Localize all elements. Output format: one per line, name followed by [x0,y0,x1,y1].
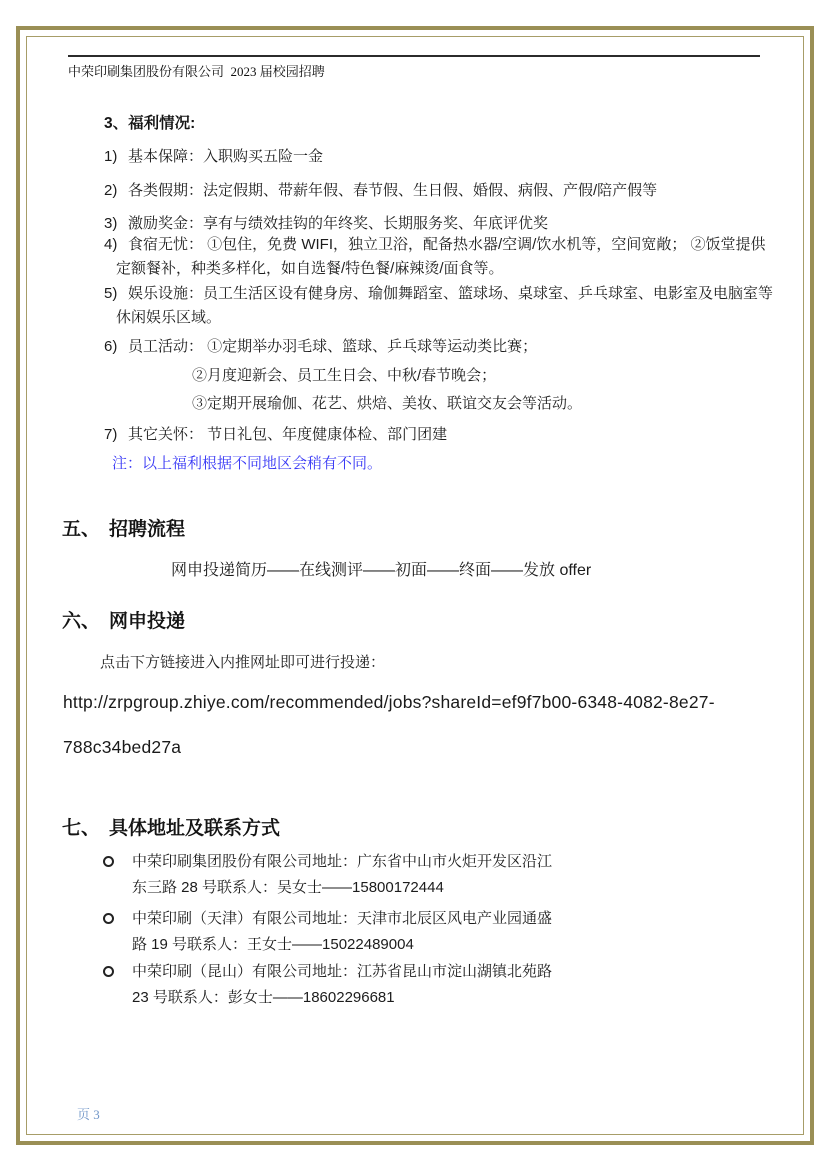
benefit-number: 1) [104,145,128,169]
circle-bullet-icon [103,913,114,924]
location-line: 中荣印刷（昆山）有限公司地址：江苏省昆山市淀山湖镇北苑路 [132,959,632,985]
benefits-note: 注：以上福利根据不同地区会稍有不同。 [112,452,382,473]
location-item: 中荣印刷集团股份有限公司地址：广东省中山市火炬开发区沿江 东三路 28 号联系人… [132,849,632,901]
benefit-text: 各类假期：法定假期、带薪年假、春节假、生日假、婚假、病假、产假/陪产假等 [128,182,657,199]
section-heading-recruit-process: 五、招聘流程 [62,514,185,541]
apply-url-line1[interactable]: http://zrpgroup.zhiye.com/recommended/jo… [63,692,715,713]
benefit-text: 食宿无忧： ①包住，免费 WIFI，独立卫浴，配备热水器/空调/饮水机等，空间宽… [116,236,766,277]
location-item: 中荣印刷（昆山）有限公司地址：江苏省昆山市淀山湖镇北苑路 23 号联系人：彭女士… [132,959,632,1011]
benefit-text: 基本保障：入职购买五险一金 [128,148,323,165]
running-header: 中荣印刷集团股份有限公司 2023 届校园招聘 [68,61,325,80]
benefit-text: 员工活动： ①定期举办羽毛球、篮球、乒乓球等运动类比赛； [128,338,537,355]
location-line: 路 19 号联系人：王女士——15022489004 [132,932,632,958]
benefit-subitem: ③定期开展瑜伽、花艺、烘焙、美妆、联谊交友会等活动。 [192,392,582,416]
location-item: 中荣印刷（天津）有限公司地址：天津市北辰区风电产业园通盛 路 19 号联系人：王… [132,906,632,958]
recruit-process-flow: 网申投递简历——在线测评——初面——终面——发放 offer [171,557,591,580]
apply-intro-text: 点击下方链接进入内推网址即可进行投递： [100,651,385,672]
benefit-number: 5) [104,282,128,306]
circle-bullet-icon [103,856,114,867]
benefits-heading: 3、福利情况: [104,111,195,133]
benefit-text: 娱乐设施：员工生活区设有健身房、瑜伽舞蹈室、篮球场、桌球室、乒乓球室、电影室及电… [116,285,773,326]
apply-url-line2[interactable]: 788c34bed27a [63,737,181,758]
benefit-item: 7)其它关怀： 节日礼包、年度健康体检、部门团建 [104,423,774,447]
section-heading-contact: 七、具体地址及联系方式 [62,813,280,840]
benefit-number: 7) [104,423,128,447]
benefit-item: 5)娱乐设施：员工生活区设有健身房、瑜伽舞蹈室、篮球场、桌球室、乒乓球室、电影室… [104,282,774,330]
header-rule [68,55,760,57]
section-number: 五、 [62,519,100,540]
section-title: 招聘流程 [109,519,185,540]
benefit-text: 其它关怀： 节日礼包、年度健康体检、部门团建 [128,426,447,443]
page-number: 页 3 [77,1104,100,1123]
section-number: 六、 [62,611,100,632]
benefit-item: 6)员工活动： ①定期举办羽毛球、篮球、乒乓球等运动类比赛； [104,335,774,359]
location-line: 中荣印刷集团股份有限公司地址：广东省中山市火炬开发区沿江 [132,849,632,875]
location-line: 东三路 28 号联系人：吴女士——15800172444 [132,875,632,901]
location-line: 中荣印刷（天津）有限公司地址：天津市北辰区风电产业园通盛 [132,906,632,932]
location-line: 23 号联系人：彭女士——18602296681 [132,985,632,1011]
section-heading-online-apply: 六、网申投递 [62,606,185,633]
benefit-item: 4)食宿无忧： ①包住，免费 WIFI，独立卫浴，配备热水器/空调/饮水机等，空… [104,233,774,281]
benefit-subitem: ②月度迎新会、员工生日会、中秋/春节晚会； [192,364,496,388]
benefit-item: 1)基本保障：入职购买五险一金 [104,145,774,169]
document-page: 中荣印刷集团股份有限公司 2023 届校园招聘 3、福利情况: 1)基本保障：入… [0,0,826,1169]
benefit-number: 4) [104,233,128,257]
section-title: 网申投递 [109,611,185,632]
circle-bullet-icon [103,966,114,977]
benefit-number: 6) [104,335,128,359]
section-title: 具体地址及联系方式 [109,818,280,839]
benefit-item: 2)各类假期：法定假期、带薪年假、春节假、生日假、婚假、病假、产假/陪产假等 [104,179,774,203]
benefit-text: 激励奖金：享有与绩效挂钩的年终奖、长期服务奖、年底评优奖 [128,215,548,232]
benefit-number: 2) [104,179,128,203]
section-number: 七、 [62,818,100,839]
